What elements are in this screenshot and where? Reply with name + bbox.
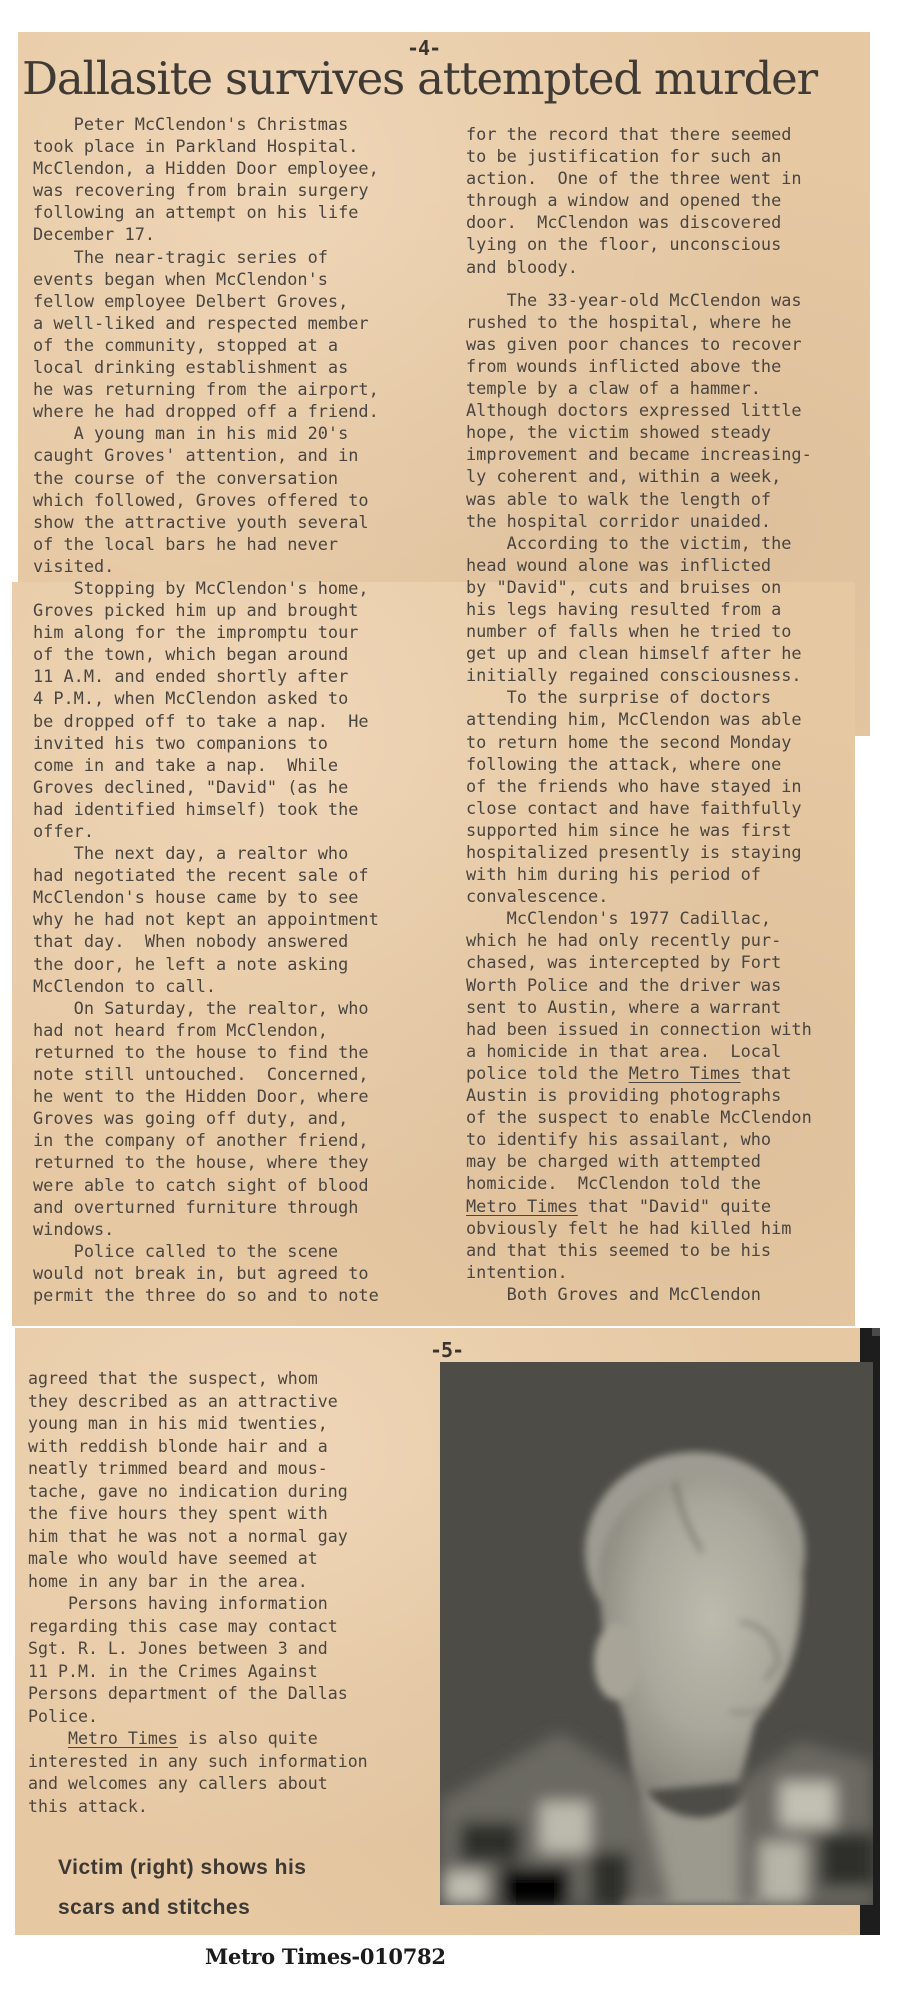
text-line: would not break in, but agreed to xyxy=(33,1262,379,1284)
text-line: McClendon, a Hidden Door employee, xyxy=(33,157,379,179)
text-line: Both Groves and McClendon xyxy=(466,1283,812,1305)
text-line: On Saturday, the realtor, who xyxy=(33,997,379,1019)
text-line: close contact and have faithfully xyxy=(466,797,812,819)
text-line: had identified himself) took the xyxy=(33,798,379,820)
text-line: The next day, a realtor who xyxy=(33,842,379,864)
text-line: with reddish blonde hair and a xyxy=(28,1436,368,1459)
text-line: lying on the floor, unconscious xyxy=(466,233,812,255)
text-line: ly coherent and, within a week, xyxy=(466,465,812,487)
publication-name: Metro Times xyxy=(68,1729,178,1748)
text-line: from wounds inflicted above the xyxy=(466,355,812,377)
text-line: Metro Times that "David" quite xyxy=(466,1195,812,1217)
text-line: Persons department of the Dallas xyxy=(28,1683,368,1706)
text-line: A young man in his mid 20's xyxy=(33,422,379,444)
text-line: show the attractive youth several xyxy=(33,511,379,533)
text-line: of the friends who have stayed in xyxy=(466,775,812,797)
text-line: of the local bars he had never xyxy=(33,533,379,555)
text-line: neatly trimmed beard and mous- xyxy=(28,1458,368,1481)
text-line: by "David", cuts and bruises on xyxy=(466,576,812,598)
text-line: chased, was intercepted by Fort xyxy=(466,951,812,973)
text-line: Austin is providing photographs xyxy=(466,1084,812,1106)
text-line: following an attempt on his life xyxy=(33,201,379,223)
text-line: number of falls when he tried to xyxy=(466,620,812,642)
text-line: which followed, Groves offered to xyxy=(33,489,379,511)
text-line: with him during his period of xyxy=(466,863,812,885)
text-line: rushed to the hospital, where he xyxy=(466,311,812,333)
text-line: the hospital corridor unaided. xyxy=(466,510,812,532)
text-line: hospitalized presently is staying xyxy=(466,841,812,863)
text-line: the course of the conversation xyxy=(33,467,379,489)
text-line: of the town, which began around xyxy=(33,643,379,665)
text-line: fellow employee Delbert Groves, xyxy=(33,290,379,312)
text-line: the door, he left a note asking xyxy=(33,953,379,975)
text-line: had negotiated the recent sale of xyxy=(33,864,379,886)
text-line: regarding this case may contact xyxy=(28,1616,368,1639)
text-line: offer. xyxy=(33,820,379,842)
archive-caption: Metro Times-010782 xyxy=(205,1944,446,1969)
photo-caption: Victim (right) shows his scars and stitc… xyxy=(58,1848,306,1928)
text-line: police told the Metro Times that xyxy=(466,1062,812,1084)
text-line: McClendon's 1977 Cadillac, xyxy=(466,907,812,929)
text-line: supported him since he was first xyxy=(466,819,812,841)
text-line: to return home the second Monday xyxy=(466,731,812,753)
text-line: him that he was not a normal gay xyxy=(28,1526,368,1549)
text-line: McClendon to call. xyxy=(33,975,379,997)
publication-name: Metro Times xyxy=(629,1063,741,1083)
text-line: According to the victim, the xyxy=(466,532,812,554)
text-line: McClendon's house came by to see xyxy=(33,886,379,908)
text-line: December 17. xyxy=(33,223,379,245)
text-line: which he had only recently pur- xyxy=(466,929,812,951)
text-line: events began when McClendon's xyxy=(33,268,379,290)
text-line: note still untouched. Concerned, xyxy=(33,1063,379,1085)
article-left-column: Peter McClendon's Christmastook place in… xyxy=(33,113,379,1306)
text-line: the five hours they spent with xyxy=(28,1503,368,1526)
text-line: Metro Times is also quite xyxy=(28,1728,368,1751)
text-line: of the suspect to enable McClendon xyxy=(466,1106,812,1128)
text-line: door. McClendon was discovered xyxy=(466,211,812,233)
text-line: following the attack, where one xyxy=(466,753,812,775)
text-line: windows. xyxy=(33,1218,379,1240)
text-line: through a window and opened the xyxy=(466,189,812,211)
text-line: head wound alone was inflicted xyxy=(466,554,812,576)
text-line: improvement and became increasing- xyxy=(466,443,812,465)
text-line: to identify his assailant, who xyxy=(466,1128,812,1150)
text-line: be dropped off to take a nap. He xyxy=(33,710,379,732)
text-line: returned to the house, where they xyxy=(33,1151,379,1173)
text-line: 11 A.M. and ended shortly after xyxy=(33,665,379,687)
text-line: hope, the victim showed steady xyxy=(466,421,812,443)
text-line: Police called to the scene xyxy=(33,1240,379,1262)
text-line: took place in Parkland Hospital. xyxy=(33,135,379,157)
text-line: local drinking establishment as xyxy=(33,356,379,378)
text-line: 4 P.M., when McClendon asked to xyxy=(33,687,379,709)
text-line: where he had dropped off a friend. xyxy=(33,400,379,422)
text-line: initially regained consciousness. xyxy=(466,664,812,686)
text-line: The 33-year-old McClendon was xyxy=(466,289,812,311)
text-line: he went to the Hidden Door, where xyxy=(33,1085,379,1107)
text-line: Sgt. R. L. Jones between 3 and xyxy=(28,1638,368,1661)
text-line: that day. When nobody answered xyxy=(33,930,379,952)
text-line: home in any bar in the area. xyxy=(28,1571,368,1594)
victim-photo xyxy=(440,1362,873,1905)
text-line: was able to walk the length of xyxy=(466,488,812,510)
article-right-column: for the record that there seemedto be ju… xyxy=(466,123,812,1305)
text-line xyxy=(466,278,812,289)
text-line: and overturned furniture through xyxy=(33,1196,379,1218)
headline: Dallasite survives attempted murder xyxy=(22,53,868,105)
text-line: in the company of another friend, xyxy=(33,1129,379,1151)
text-line: intention. xyxy=(466,1261,812,1283)
text-line: temple by a claw of a hammer. xyxy=(466,377,812,399)
text-line: homicide. McClendon told the xyxy=(466,1172,812,1194)
text-line: Groves declined, "David" (as he xyxy=(33,776,379,798)
text-line: was given poor chances to recover xyxy=(466,333,812,355)
text-line: The near-tragic series of xyxy=(33,246,379,268)
text-line: come in and take a nap. While xyxy=(33,754,379,776)
text-line: visited. xyxy=(33,555,379,577)
text-line: and that this seemed to be his xyxy=(466,1239,812,1261)
publication-name: Metro Times xyxy=(466,1196,578,1216)
text-line: action. One of the three went in xyxy=(466,167,812,189)
text-line: had been issued in connection with xyxy=(466,1018,812,1040)
text-line: Persons having information xyxy=(28,1593,368,1616)
text-line: convalescence. xyxy=(466,885,812,907)
text-line: young man in his mid twenties, xyxy=(28,1413,368,1436)
text-line: this attack. xyxy=(28,1796,368,1819)
text-line: Groves picked him up and brought xyxy=(33,599,379,621)
text-line: a homicide in that area. Local xyxy=(466,1040,812,1062)
text-line: a well-liked and respected member xyxy=(33,312,379,334)
text-line: male who would have seemed at xyxy=(28,1548,368,1571)
text-line: they described as an attractive xyxy=(28,1391,368,1414)
text-line: permit the three do so and to note xyxy=(33,1284,379,1306)
photo-caption-line-1: Victim (right) shows his xyxy=(58,1848,306,1888)
text-line: Police. xyxy=(28,1706,368,1729)
text-line: Worth Police and the driver was xyxy=(466,974,812,996)
text-line: of the community, stopped at a xyxy=(33,334,379,356)
text-line: agreed that the suspect, whom xyxy=(28,1368,368,1391)
text-line: may be charged with attempted xyxy=(466,1150,812,1172)
text-line: Stopping by McClendon's home, xyxy=(33,577,379,599)
text-line: caught Groves' attention, and in xyxy=(33,444,379,466)
text-line: Although doctors expressed little xyxy=(466,399,812,421)
photo-caption-line-2: scars and stitches xyxy=(58,1888,306,1928)
text-line: attending him, McClendon was able xyxy=(466,708,812,730)
text-line: Groves was going off duty, and, xyxy=(33,1107,379,1129)
article-continued-column: agreed that the suspect, whomthey descri… xyxy=(28,1368,368,1818)
text-line: obviously felt he had killed him xyxy=(466,1217,812,1239)
text-line: and welcomes any callers about xyxy=(28,1773,368,1796)
text-line: To the surprise of doctors xyxy=(466,686,812,708)
text-line: why he had not kept an appointment xyxy=(33,908,379,930)
text-line: tache, gave no indication during xyxy=(28,1481,368,1504)
text-line: his legs having resulted from a xyxy=(466,598,812,620)
text-line: him along for the impromptu tour xyxy=(33,621,379,643)
text-line: had not heard from McClendon, xyxy=(33,1019,379,1041)
text-line: to be justification for such an xyxy=(466,145,812,167)
text-line: get up and clean himself after he xyxy=(466,642,812,664)
text-line: interested in any such information xyxy=(28,1751,368,1774)
text-line: invited his two companions to xyxy=(33,732,379,754)
text-line: for the record that there seemed xyxy=(466,123,812,145)
text-line: and bloody. xyxy=(466,256,812,278)
text-line: returned to the house to find the xyxy=(33,1041,379,1063)
text-line: Peter McClendon's Christmas xyxy=(33,113,379,135)
text-line: was recovering from brain surgery xyxy=(33,179,379,201)
text-line: he was returning from the airport, xyxy=(33,378,379,400)
text-line: sent to Austin, where a warrant xyxy=(466,996,812,1018)
text-line: were able to catch sight of blood xyxy=(33,1174,379,1196)
text-line: 11 P.M. in the Crimes Against xyxy=(28,1661,368,1684)
page-number-5: -5- xyxy=(430,1338,463,1362)
